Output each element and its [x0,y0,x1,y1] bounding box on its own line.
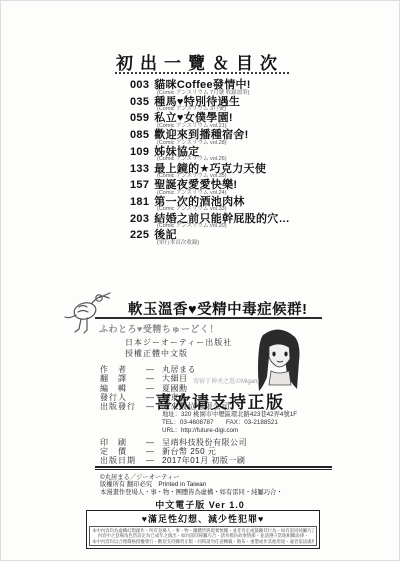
colophon-dash: ― [146,456,162,465]
colophon-label: 出版發行 [100,402,146,411]
notice-box: ♥滿足性幻想、減少性犯罪♥ 本中內容均為虛構幻想創作・所有登場人・事・物・團體皆… [86,510,320,549]
book-title-japanese: ふわとろ♥受精ちゅーどく！ [99,322,219,335]
toc-entry: 225後記 (單行本首次收錄) [130,230,330,246]
colophon-row: 出版日期 ― 2017年01月 初版一刷 [100,456,297,465]
scanned-colophon-page: 初出一覽＆目次 003貓咪Coffee發情中! (Comic アンスリウム 7月… [0,0,400,561]
colophon-label: 發行人 [100,393,146,402]
license-block: 日本ジーオーティー出版社 授權正體中文版 [125,337,232,359]
colophon-value: 丸居まる [162,365,196,374]
book-title-chinese: 軟玉溫香♥受精中毒症候群! [128,298,307,319]
colophon-value: 2017年01月 初版一刷 [162,456,245,465]
scanlation-watermark-small: 寄宿于神圣之返のMigard [193,376,259,385]
toc-entry: 035種馬♥特別待遇生 (Comic アンスリウム 3月號) [130,97,330,113]
title-divider [95,317,322,319]
rights-line: 版權所有 翻印必究 Printed in Taiwan [100,481,283,488]
dotted-divider [115,72,289,74]
legal-block: ©丸居まる／ジーオーティー 版權所有 翻印必究 Printed in Taiwa… [100,474,283,496]
colophon-value: 呈靖科技股份有限公司 [162,438,247,447]
toc-page-number: 225 [130,230,149,241]
colophon-row: 作 者 ― 丸居まる [100,365,297,374]
colophon-label: 作 者 [100,365,146,374]
phone-fax-line: TEL：03-4608787 FAX：03-2188521 [162,419,297,427]
toc-entry: 181第一次的酒池肉林 (Comic アンスリウム vol.33) [130,197,330,213]
toc-entry-source: (單行本首次收錄) [157,241,330,246]
support-official-watermark: 喜欢请支持正版 [155,388,285,413]
toc-page-number: 059 [130,113,149,124]
colophon-row: 印 刷 ― 呈靖科技股份有限公司 [100,438,297,447]
toc-page-number: 085 [130,130,149,141]
toc-entry: 203結婚之前只能幹屁股的穴… (Comic アンスリウム vol.20) [130,214,330,230]
license-publisher: 日本ジーオーティー出版社 [125,337,232,348]
colophon-dash: ― [146,374,162,383]
colophon-label: 編 輯 [100,384,146,393]
double-divider [95,466,332,470]
toc-page-number: 003 [130,80,149,91]
colophon-print-block: 印 刷 ― 呈靖科技股份有限公司 定 價 ― 新台幣 250 元 出版日期 ― … [100,438,297,466]
toc-page-number: 133 [130,164,149,175]
colophon-dash: ― [146,365,162,374]
toc-list: 003貓咪Coffee發情中! (Comic アンスリウム 7月號 收錄加筆) … [130,80,330,247]
colophon-label: 印 刷 [100,438,146,447]
colophon-value: 大細目 [162,374,188,383]
notice-inner-box: 本中內容均為虛構幻想創作・所有登場人・事・物・團體皆與現實無關・並非肯定或鼓勵其… [89,526,317,546]
toc-page-number: 109 [130,147,149,158]
page-title: 初出一覽＆目次 [1,49,399,74]
toc-entry: 059私立♥女僕學園! (Comic アンスリウム vol.21) [130,113,330,129]
toc-entry: 109姊妹協定 (Comic アンスリウム vol.26) [130,147,330,163]
toc-entry: 133最上鏡的★巧克力天使 (Comic アンスリウム vol.35) [130,164,330,180]
url-line: URL：http://future-digi.com [162,427,297,435]
toc-page-number: 157 [130,180,149,191]
fiction-disclaimer-line: 本漫畫作登場人・事・物・團體皆為虛構・如有雷同・純屬巧合・ [100,489,283,496]
colophon-label: 出版日期 [100,456,146,465]
toc-page-number: 035 [130,97,149,108]
colophon-label: 翻 譯 [100,374,146,383]
toc-entry: 157聖誕夜愛愛快樂! (Comic アンスリウム vol.24) [130,180,330,196]
disclaimer-line: 本中內容均以合理價格授權發行・歡迎支持購買正版・同時請勿任意轉載・散布・重製或作… [92,539,314,544]
toc-page-number: 203 [130,214,149,225]
colophon-dash: ― [146,438,162,447]
colophon-dash: ― [146,447,162,456]
license-edition: 授權正體中文版 [125,348,232,359]
toc-page-number: 181 [130,197,149,208]
publisher-address: 地址：320 桃園市中壢區環北路423巷42弄4號1F TEL：03-46087… [162,411,297,434]
notice-headline: ♥滿足性幻想、減少性犯罪♥ [89,512,317,525]
toc-entry: 085歡迎來到播種宿舍! (Comic アンスリウム vol.28) [130,130,330,146]
toc-entry-source: (Comic アンスリウム vol.20) [157,224,330,229]
toc-entry: 003貓咪Coffee發情中! (Comic アンスリウム 7月號 收錄加筆) [130,80,330,96]
